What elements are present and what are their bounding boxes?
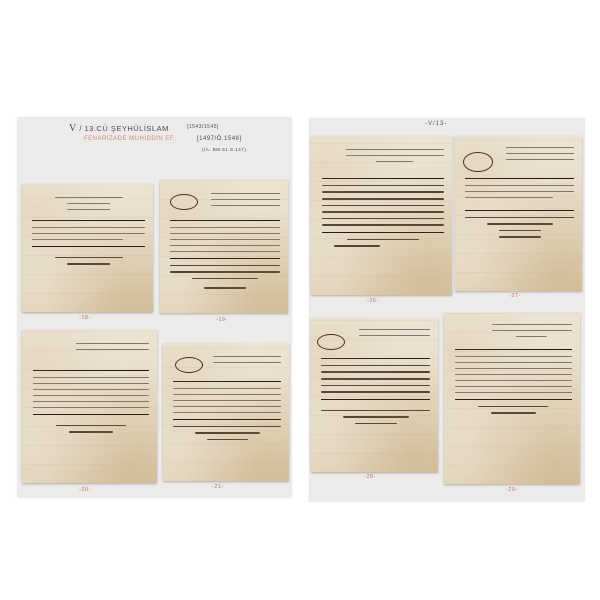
album-sheet-right: -V/13- -26- -27- <box>309 118 585 502</box>
sheet-label: -V/13- <box>425 121 447 127</box>
sheet-title: V / 13.cü ŞEYHÜLİSLAM <box>69 123 169 134</box>
document-number-21: -21- <box>212 484 224 490</box>
seal-icon <box>317 334 345 350</box>
document-number-29: -29- <box>506 487 518 493</box>
seal-icon <box>170 194 198 210</box>
volume-numeral: V <box>69 123 77 134</box>
album-sheet-left: V / 13.cü ŞEYHÜLİSLAM [1543/1545] FENARİ… <box>17 117 292 498</box>
seal-icon <box>175 357 203 373</box>
document-number-26: -26- <box>367 298 379 304</box>
document-number-20: -20- <box>79 487 91 493</box>
fatwa-document-20[interactable] <box>22 330 157 483</box>
fatwa-document-28[interactable] <box>311 318 438 472</box>
document-number-27: -27- <box>509 293 521 299</box>
fatwa-document-27[interactable] <box>455 136 582 291</box>
seal-icon <box>463 152 493 172</box>
fatwa-document-29[interactable] <box>444 313 580 484</box>
reference-note: (İA. Bm.51 s.147). <box>202 147 248 152</box>
scholar-name: FENARİZADE MUHİDDİN EF. <box>84 136 176 142</box>
fatwa-document-21[interactable] <box>163 343 289 481</box>
document-number-19: -19- <box>216 317 228 323</box>
series-label: / 13.cü ŞEYHÜLİSLAM <box>79 124 169 133</box>
fatwa-document-26[interactable] <box>311 136 452 295</box>
document-number-18: -18- <box>79 315 91 321</box>
document-number-28: -28- <box>364 474 376 480</box>
life-years: [1497/Ö.1548] <box>197 136 242 142</box>
office-years: [1543/1545] <box>187 124 219 130</box>
fatwa-document-18[interactable] <box>22 184 153 312</box>
fatwa-document-19[interactable] <box>160 180 288 313</box>
